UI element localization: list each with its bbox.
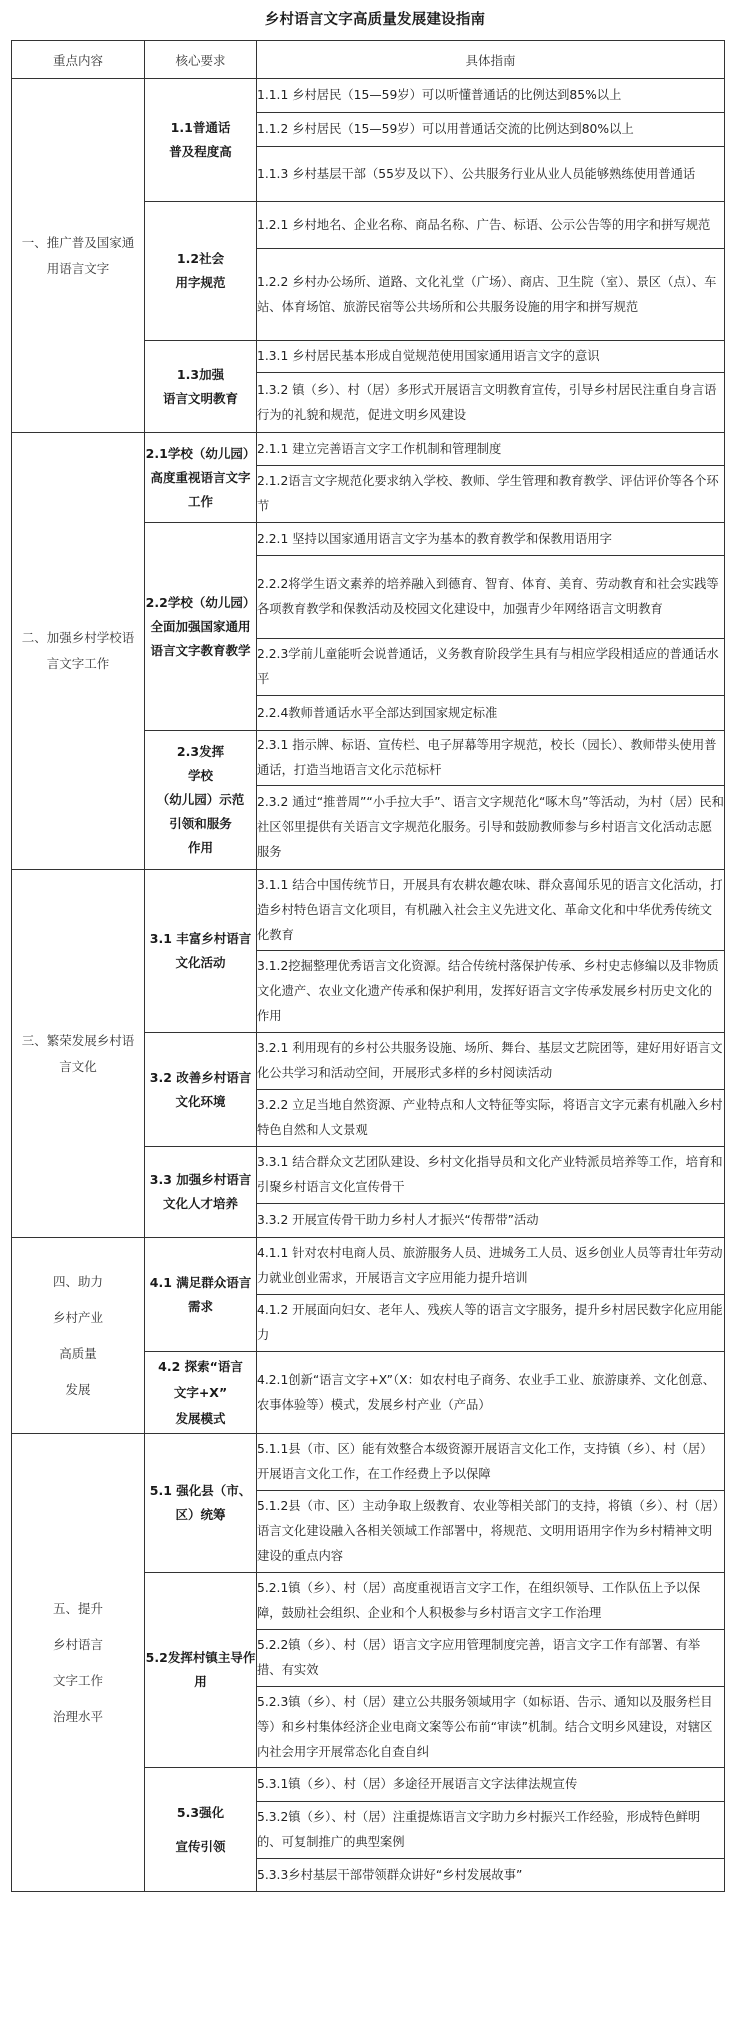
- section-label: 五、提升 乡村语言 文字工作 治理水平: [12, 1434, 145, 1892]
- requirement-label: 3.2 改善乡村语言文化环境: [145, 1033, 257, 1147]
- guide-item: 3.1.1 结合中国传统节日，开展具有农耕农趣农味、群众喜闻乐见的语言文化活动，…: [257, 870, 725, 951]
- header-focus-content: 重点内容: [12, 41, 145, 79]
- guide-item: 5.1.1县（市、区）能有效整合本级资源开展语言文化工作，支持镇（乡）、村（居）…: [257, 1434, 725, 1491]
- document-title: 乡村语言文字高质量发展建设指南: [0, 8, 750, 29]
- requirement-label: 2.1学校（幼儿园）高度重视语言文字工作: [145, 433, 257, 523]
- requirement-label: 4.1 满足群众语言需求: [145, 1238, 257, 1352]
- section-label: 一、推广普及国家通用语言文字: [12, 79, 145, 433]
- requirement-label: 4.2 探索“语言 文字+X” 发展模式: [145, 1352, 257, 1434]
- table-row: 五、提升 乡村语言 文字工作 治理水平 5.1 强化县（市、区）统筹 5.1.1…: [12, 1434, 725, 1491]
- guide-item: 3.3.1 结合群众文艺团队建设、乡村文化指导员和文化产业特派员培养等工作，培育…: [257, 1147, 725, 1204]
- table-header-row: 重点内容 核心要求 具体指南: [12, 41, 725, 79]
- section-label: 四、助力 乡村产业 高质量 发展: [12, 1238, 145, 1434]
- section-label: 三、繁荣发展乡村语言文化: [12, 870, 145, 1238]
- requirement-label: 2.2学校（幼儿园）全面加强国家通用语言文字教育教学: [145, 523, 257, 731]
- requirement-label: 5.2发挥村镇主导作用: [145, 1573, 257, 1768]
- guide-item: 2.2.3学前儿童能听会说普通话，义务教育阶段学生具有与相应学段相适应的普通话水…: [257, 639, 725, 696]
- table-row: 二、加强乡村学校语言文字工作 2.1学校（幼儿园）高度重视语言文字工作 2.1.…: [12, 433, 725, 466]
- guide-item: 5.2.2镇（乡）、村（居）语言文字应用管理制度完善，语言文字工作有部署、有举措…: [257, 1630, 725, 1687]
- guide-item: 4.1.2 开展面向妇女、老年人、残疾人等的语言文字服务，提升乡村居民数字化应用…: [257, 1295, 725, 1352]
- header-core-requirement: 核心要求: [145, 41, 257, 79]
- guide-item: 5.3.2镇（乡）、村（居）注重提炼语言文字助力乡村振兴工作经验，形成特色鲜明的…: [257, 1802, 725, 1859]
- requirement-label: 2.3发挥 学校 （幼儿园）示范 引领和服务 作用: [145, 731, 257, 870]
- guide-item: 5.3.1镇（乡）、村（居）多途径开展语言文字法律法规宣传: [257, 1768, 725, 1802]
- guide-table: 重点内容 核心要求 具体指南 一、推广普及国家通用语言文字 1.1普通话 普及程…: [11, 40, 725, 1892]
- guide-item: 2.1.1 建立完善语言文字工作机制和管理制度: [257, 433, 725, 466]
- guide-item: 1.2.2 乡村办公场所、道路、文化礼堂（广场）、商店、卫生院（室）、景区（点）…: [257, 249, 725, 341]
- requirement-label: 5.1 强化县（市、区）统筹: [145, 1434, 257, 1573]
- guide-item: 3.2.1 利用现有的乡村公共服务设施、场所、舞台、基层文艺院团等，建好用好语言…: [257, 1033, 725, 1090]
- requirement-label: 1.3加强 语言文明教育: [145, 341, 257, 433]
- guide-item: 1.1.2 乡村居民（15—59岁）可以用普通话交流的比例达到80%以上: [257, 113, 725, 147]
- requirement-label: 1.1普通话 普及程度高: [145, 79, 257, 202]
- requirement-label: 3.1 丰富乡村语言文化活动: [145, 870, 257, 1033]
- guide-item: 1.3.2 镇（乡）、村（居）多形式开展语言文明教育宣传，引导乡村居民注重自身言…: [257, 373, 725, 433]
- section-label: 二、加强乡村学校语言文字工作: [12, 433, 145, 870]
- guide-item: 1.1.1 乡村居民（15—59岁）可以听懂普通话的比例达到85%以上: [257, 79, 725, 113]
- guide-item: 5.3.3乡村基层干部带领群众讲好“乡村发展故事”: [257, 1859, 725, 1892]
- requirement-label: 3.3 加强乡村语言文化人才培养: [145, 1147, 257, 1238]
- guide-item: 1.2.1 乡村地名、企业名称、商品名称、广告、标语、公示公告等的用字和拼写规范: [257, 202, 725, 249]
- guide-item: 5.2.1镇（乡）、村（居）高度重视语言文字工作，在组织领导、工作队伍上予以保障…: [257, 1573, 725, 1630]
- table-row: 四、助力 乡村产业 高质量 发展 4.1 满足群众语言需求 4.1.1 针对农村…: [12, 1238, 725, 1295]
- table-row: 一、推广普及国家通用语言文字 1.1普通话 普及程度高 1.1.1 乡村居民（1…: [12, 79, 725, 113]
- guide-item: 2.2.1 坚持以国家通用语言文字为基本的教育教学和保教用语用字: [257, 523, 725, 556]
- header-specific-guide: 具体指南: [257, 41, 725, 79]
- guide-item: 5.2.3镇（乡）、村（居）建立公共服务领域用字（如标语、告示、通知以及服务栏目…: [257, 1687, 725, 1768]
- guide-item: 2.1.2语言文字规范化要求纳入学校、教师、学生管理和教育教学、评估评价等各个环…: [257, 466, 725, 523]
- guide-item: 1.1.3 乡村基层干部（55岁及以下）、公共服务行业从业人员能够熟练使用普通话: [257, 147, 725, 202]
- guide-item: 4.1.1 针对农村电商人员、旅游服务人员、进城务工人员、返乡创业人员等青壮年劳…: [257, 1238, 725, 1295]
- guide-item: 2.3.1 指示牌、标语、宣传栏、电子屏幕等用字规范，校长（园长）、教师带头使用…: [257, 731, 725, 786]
- guide-item: 2.2.2将学生语文素养的培养融入到德育、智育、体育、美育、劳动教育和社会实践等…: [257, 556, 725, 639]
- guide-item: 3.1.2挖掘整理优秀语言文化资源。结合传统村落保护传承、乡村史志修编以及非物质…: [257, 951, 725, 1033]
- requirement-label: 5.3强化 宣传引领: [145, 1768, 257, 1892]
- table-row: 三、繁荣发展乡村语言文化 3.1 丰富乡村语言文化活动 3.1.1 结合中国传统…: [12, 870, 725, 951]
- requirement-label: 1.2社会 用字规范: [145, 202, 257, 341]
- guide-item: 3.3.2 开展宣传骨干助力乡村人才振兴“传帮带”活动: [257, 1204, 725, 1238]
- guide-item: 3.2.2 立足当地自然资源、产业特点和人文特征等实际，将语言文字元素有机融入乡…: [257, 1090, 725, 1147]
- guide-item: 2.3.2 通过“推普周”“小手拉大手”、语言文字规范化“啄木鸟”等活动，为村（…: [257, 786, 725, 870]
- guide-item: 1.3.1 乡村居民基本形成自觉规范使用国家通用语言文字的意识: [257, 341, 725, 373]
- guide-item: 2.2.4教师普通话水平全部达到国家规定标准: [257, 696, 725, 731]
- guide-item: 4.2.1创新“语言文字+X”（X：如农村电子商务、农业手工业、旅游康养、文化创…: [257, 1352, 725, 1434]
- guide-item: 5.1.2县（市、区）主动争取上级教育、农业等相关部门的支持，将镇（乡）、村（居…: [257, 1491, 725, 1573]
